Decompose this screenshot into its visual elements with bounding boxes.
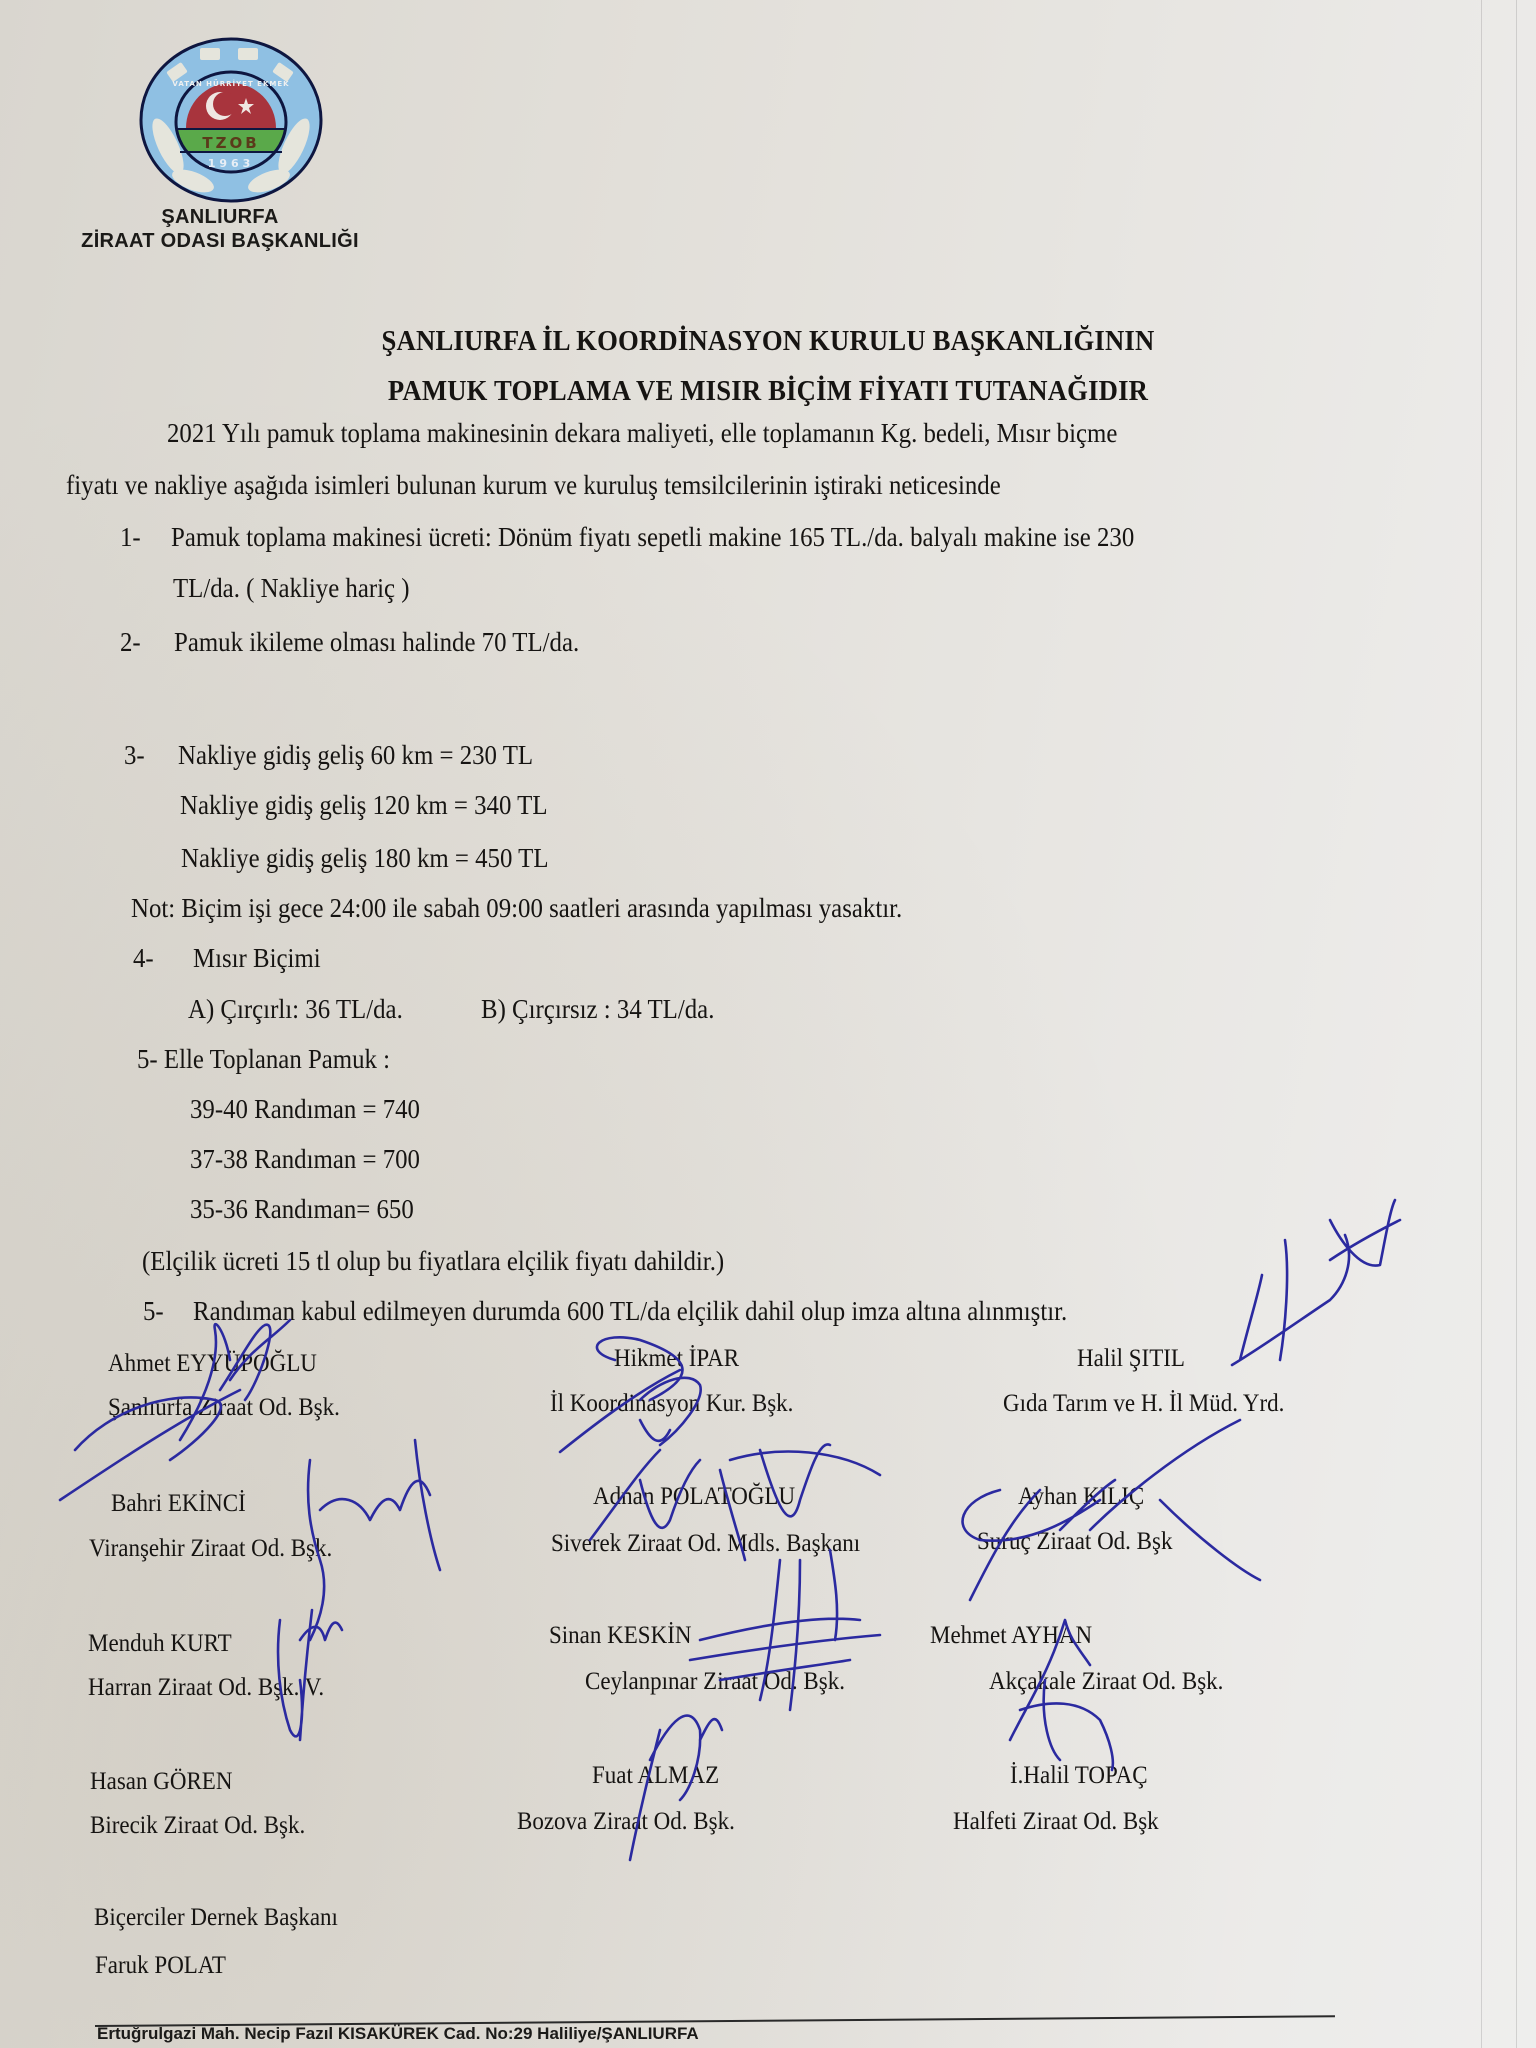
document-title-line1: ŞANLIURFA İL KOORDİNASYON KURULU BAŞKANL… bbox=[61, 325, 1474, 358]
signatory-title: İl Koordinasyon Kur. Bşk. bbox=[550, 1390, 793, 1418]
document-title-line2: PAMUK TOPLAMA VE MISIR BİÇİM FİYATI TUTA… bbox=[61, 375, 1474, 408]
item3-line: Nakliye gidiş geliş 180 km = 450 TL bbox=[181, 843, 548, 874]
item3-line: Nakliye gidiş geliş 120 km = 340 TL bbox=[180, 790, 547, 821]
agency-fee-note: (Elçilik ücreti 15 tl olup bu fiyatlara … bbox=[142, 1246, 724, 1277]
signature-stroke bbox=[1232, 1200, 1400, 1365]
signatory-name: Adnan POLATOĞLU bbox=[593, 1483, 795, 1511]
item4-number: 4- bbox=[133, 943, 154, 974]
night-work-note: Not: Biçim işi gece 24:00 ile sabah 09:0… bbox=[131, 893, 902, 924]
item4-heading: Mısır Biçimi bbox=[193, 943, 321, 974]
svg-text:VATAN HÜRRİYET EKMEK: VATAN HÜRRİYET EKMEK bbox=[172, 79, 289, 88]
signatory-name: Fuat ALMAZ bbox=[592, 1762, 719, 1790]
signatory-name: Menduh KURT bbox=[88, 1630, 232, 1658]
item5b-number: 5- bbox=[143, 1296, 164, 1327]
signatory-name: Sinan KESKİN bbox=[549, 1622, 691, 1650]
item1-line1: Pamuk toplama makinesi ücreti: Dönüm fiy… bbox=[171, 522, 1134, 553]
signatory-name: Hikmet İPAR bbox=[614, 1345, 739, 1373]
signatory-title: Akçakale Ziraat Od. Bşk. bbox=[989, 1668, 1223, 1696]
item2-number: 2- bbox=[120, 627, 141, 658]
intro-line1: 2021 Yılı pamuk toplama makinesinin deka… bbox=[167, 418, 1117, 449]
org-name-office: ZİRAAT ODASI BAŞKANLIĞI bbox=[60, 230, 380, 253]
final-signatory-name: Faruk POLAT bbox=[95, 1952, 226, 1980]
signatory-name: İ.Halil TOPAÇ bbox=[1010, 1762, 1148, 1790]
item1-number: 1- bbox=[120, 522, 141, 553]
yield-price-row: 37-38 Randıman = 700 bbox=[190, 1144, 420, 1175]
signatory-name: Hasan GÖREN bbox=[90, 1768, 232, 1796]
signatory-name: Mehmet AYHAN bbox=[930, 1622, 1092, 1650]
svg-text:TZOB: TZOB bbox=[202, 134, 259, 152]
item4-option-b: B) Çırçırsız : 34 TL/da. bbox=[481, 994, 714, 1025]
final-signatory-title: Biçerciler Dernek Başkanı bbox=[94, 1904, 338, 1932]
item1-line2: TL/da. ( Nakliye hariç ) bbox=[173, 573, 410, 604]
signatory-title: Siverek Ziraat Od. Mdls. Başkanı bbox=[551, 1530, 860, 1558]
signatory-title: Harran Ziraat Od. Bşk. V. bbox=[88, 1674, 324, 1702]
org-name-city: ŞANLIURFA bbox=[60, 206, 380, 229]
svg-text:1963: 1963 bbox=[208, 157, 255, 170]
item3-number: 3- bbox=[124, 740, 145, 771]
item2-text: Pamuk ikileme olması halinde 70 TL/da. bbox=[174, 627, 579, 658]
item5b-text: Randıman kabul edilmeyen durumda 600 TL/… bbox=[193, 1296, 1067, 1327]
signatory-name: Ayhan KILIÇ bbox=[1018, 1483, 1144, 1511]
signatory-title: Halfeti Ziraat Od. Bşk bbox=[953, 1808, 1159, 1836]
signatory-name: Halil ŞITIL bbox=[1077, 1345, 1185, 1373]
yield-price-row: 35-36 Randıman= 650 bbox=[190, 1194, 414, 1225]
signatory-title: Bozova Ziraat Od. Bşk. bbox=[517, 1808, 735, 1836]
signatory-title: Suruç Ziraat Od. Bşk bbox=[977, 1528, 1172, 1556]
signatory-title: Ceylanpınar Ziraat Od. Bşk. bbox=[585, 1668, 845, 1696]
page-edge-line bbox=[1516, 0, 1517, 2048]
item3-line: Nakliye gidiş geliş 60 km = 230 TL bbox=[178, 740, 533, 771]
footer-address: Ertuğrulgazi Mah. Necip Fazıl KISAKÜREK … bbox=[97, 2024, 699, 2044]
item4-option-a: A) Çırçırlı: 36 TL/da. bbox=[188, 994, 403, 1025]
signatory-title: Gıda Tarım ve H. İl Müd. Yrd. bbox=[1003, 1390, 1284, 1418]
signatory-name: Ahmet EYYÜPOĞLU bbox=[108, 1350, 317, 1378]
intro-line2: fiyatı ve nakliye aşağıda isimleri bulun… bbox=[66, 470, 1001, 501]
page-edge-line bbox=[1481, 0, 1482, 2048]
tzob-emblem-icon: TZOB 1963 VATAN HÜRRİYET EKMEK bbox=[138, 36, 324, 204]
signatory-title: Viranşehir Ziraat Od. Bşk. bbox=[89, 1535, 332, 1563]
signatory-title: Şanlıurfa Ziraat Od. Bşk. bbox=[108, 1394, 340, 1422]
item5-heading: 5- Elle Toplanan Pamuk : bbox=[137, 1044, 390, 1075]
signatory-title: Birecik Ziraat Od. Bşk. bbox=[90, 1812, 305, 1840]
signatory-name: Bahri EKİNCİ bbox=[111, 1490, 246, 1518]
yield-price-row: 39-40 Randıman = 740 bbox=[190, 1094, 420, 1125]
